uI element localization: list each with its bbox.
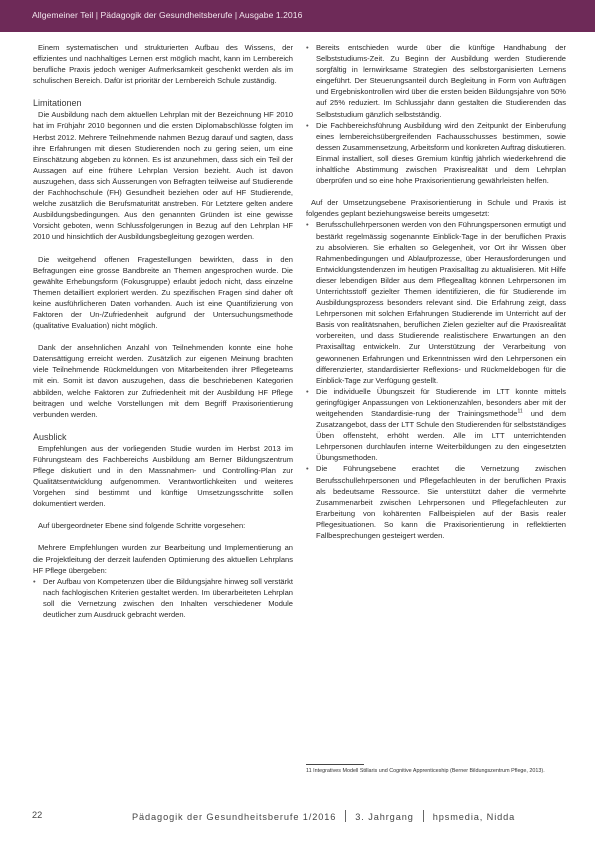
running-header: Allgemeiner Teil | Pädagogik der Gesundh… [0, 0, 595, 32]
ausblick-bullet-list: Der Aufbau von Kompetenzen über die Bild… [33, 576, 293, 620]
footer-separator [423, 810, 424, 822]
footer-separator [345, 810, 346, 822]
umsetzung-intro-paragraph: Auf der Umsetzungsebene Praxisorientieru… [306, 197, 566, 219]
footer-journal: Pädagogik der Gesundheitsberufe 1/2016 [132, 812, 336, 822]
limitationen-paragraph-3: Dank der ansehnlichen Anzahl von Teilneh… [33, 342, 293, 420]
umsetzung-bullet-list: Berufsschullehrpersonen werden von den F… [306, 219, 566, 541]
footer-publisher: hpsmedia, Nidda [433, 812, 515, 822]
footer-imprint: Pädagogik der Gesundheitsberufe 1/20163.… [132, 810, 515, 824]
running-title: Allgemeiner Teil | Pädagogik der Gesundh… [32, 10, 302, 20]
ausblick-paragraph-3: Mehrere Empfehlungen wurden zur Bearbeit… [33, 542, 293, 575]
list-item: Berufsschullehrpersonen werden von den F… [306, 219, 566, 385]
ausblick-paragraph-2: Auf übergeordneter Ebene sind folgende S… [33, 520, 293, 531]
section-heading-limitationen: Limitationen [33, 97, 293, 109]
decision-bullet-list: Bereits entschieden wurde über die künft… [306, 42, 566, 186]
section-heading-ausblick: Ausblick [33, 431, 293, 443]
list-item: Die individuelle Übungszeit für Studiere… [306, 386, 566, 464]
list-item: Bereits entschieden wurde über die künft… [306, 42, 566, 120]
ausblick-paragraph-1: Empfehlungen aus der vorliegenden Studie… [33, 443, 293, 510]
list-item: Die Führungsebene erachtet die Vernetzun… [306, 463, 566, 541]
footnote-divider [306, 764, 364, 765]
limitationen-paragraph-1: Die Ausbildung nach dem aktuellen Lehrpl… [33, 109, 293, 242]
left-column: Einem systematischen und strukturierten … [33, 42, 293, 631]
page-number: 22 [32, 810, 42, 824]
footer-volume: 3. Jahrgang [355, 812, 413, 822]
limitationen-paragraph-2: Die weitgehend offenen Fragestellungen b… [33, 254, 293, 332]
right-column: Bereits entschieden wurde über die künft… [306, 42, 566, 552]
list-item: Der Aufbau von Kompetenzen über die Bild… [33, 576, 293, 620]
footnote: 11 Integratives Modell Stillaris und Cog… [306, 768, 566, 775]
intro-paragraph: Einem systematischen und strukturierten … [33, 42, 293, 86]
list-item: Die Fachbereichsführung Ausbildung wird … [306, 120, 566, 187]
